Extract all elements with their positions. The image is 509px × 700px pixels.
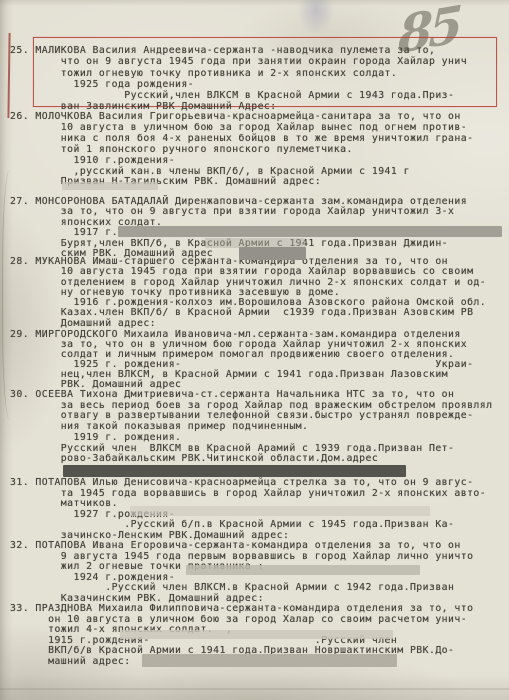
entry-line: Домашний адрес: bbox=[10, 319, 486, 329]
redaction-smudge bbox=[130, 506, 430, 516]
entry-line: той 1 японского ручного японского пулеме… bbox=[10, 145, 473, 156]
redaction-bar-dark bbox=[63, 465, 406, 477]
fold-line bbox=[0, 688, 509, 690]
entry-line: что он 9 августа 1945 года при занятии о… bbox=[10, 56, 467, 67]
document-page: 85 25. МАЛИКОВА Василия Андреевича-сержа… bbox=[0, 0, 509, 700]
entry-28: 28. МУКАНОВА Имаш-старшего сержанта-кома… bbox=[10, 257, 486, 329]
entry-line: 32. ПОТАПОВА Ивана Егоровича-сержанта-ко… bbox=[10, 541, 473, 552]
entry-line: Русский,член ВЛКСМ в Красной Армии с 194… bbox=[10, 90, 467, 101]
entry-line: 1925 года рождения- bbox=[10, 79, 467, 90]
entry-line: рово-Забайкальским РВК.Читинской области… bbox=[10, 454, 492, 465]
entry-line: тожил огневую точку противника и 2-х япо… bbox=[10, 68, 467, 79]
redaction-bar bbox=[118, 226, 502, 237]
entry-line: 33. ПРАЗДНОВА Михаила Филипповича-сержан… bbox=[10, 604, 473, 615]
redaction-smudge bbox=[120, 630, 393, 639]
redaction-bar bbox=[142, 654, 397, 667]
redaction-smudge bbox=[62, 182, 158, 190]
entry-line: .Русский член ВЛКСМ.в Красной Армии с 19… bbox=[10, 583, 473, 594]
entry-line: .Русский б/п.в Красной Армии с 1945 года… bbox=[10, 520, 486, 531]
entry-29: 29. МИРГОРОДСКОГО Михаила Ивановича-мл.с… bbox=[10, 330, 473, 390]
entry-line: 1910 г.рождения- bbox=[10, 156, 473, 167]
redaction-bar bbox=[239, 247, 306, 260]
redaction-bar bbox=[186, 565, 420, 575]
entry-30: 30. ОСЕЕВА Тихона Дмитриевича-ст.сержант… bbox=[10, 390, 492, 465]
entry-line: 1919 г. рождения. bbox=[10, 433, 492, 444]
entry-26: 26. МОЛОЧКОВА Василия Григорьевича-красн… bbox=[10, 112, 473, 188]
entry-line: 31. ПОТАПОВА Илью Денисовича-красноармей… bbox=[10, 478, 486, 489]
entry-25: 25. МАЛИКОВА Василия Андреевича-сержанта… bbox=[10, 45, 467, 113]
entry-line: 25. МАЛИКОВА Василия Андреевича-сержанта… bbox=[10, 45, 467, 56]
